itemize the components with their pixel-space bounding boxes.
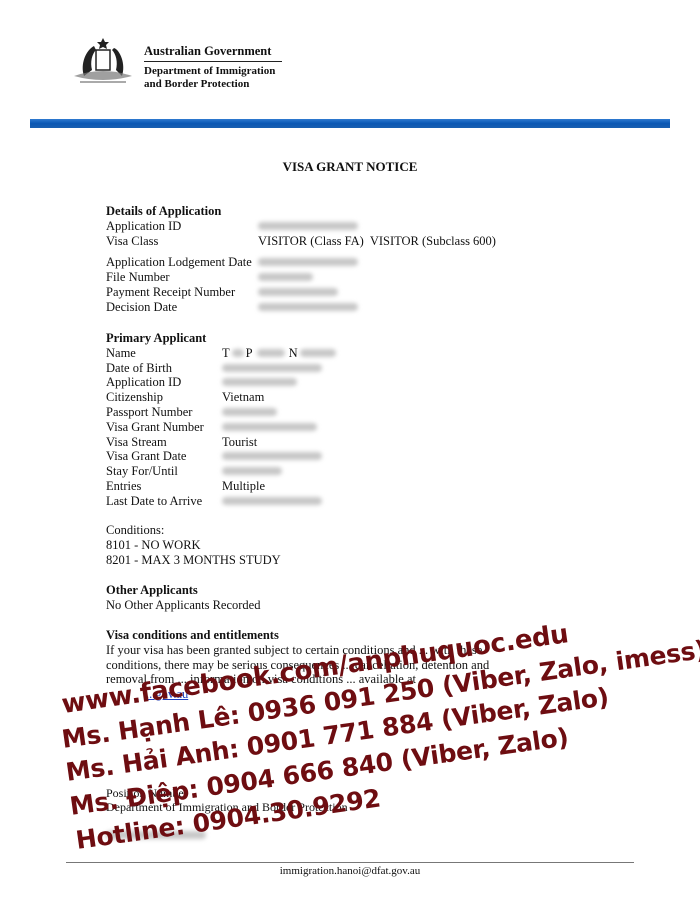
field-label: Visa Stream: [106, 435, 222, 450]
detail-row: Visa Grant Date: [106, 449, 336, 464]
field-label: Application Lodgement Date: [106, 255, 258, 270]
signature-department: Department of Immigration and Border Pro…: [106, 800, 348, 814]
visa-class-value: VISITOR (Class FA) VISITOR (Subclass 600…: [258, 234, 496, 249]
coat-of-arms-icon: [70, 36, 136, 86]
redacted-value: [258, 273, 313, 281]
field-label: Stay For/Until: [106, 464, 222, 479]
redacted-value: [222, 364, 322, 372]
watermark-overlay: www.facebook.com/anphuquoc.edu Ms. Hạnh …: [0, 0, 700, 906]
citizenship-value: Vietnam: [222, 390, 264, 405]
field-label: Application ID: [106, 219, 258, 234]
conditions-heading: Conditions:: [106, 523, 281, 538]
field-label: Name: [106, 346, 222, 361]
detail-row: Date of Birth: [106, 361, 336, 376]
detail-row: Passport Number: [106, 405, 336, 420]
letterhead: Australian Government Department of Immi…: [70, 36, 282, 91]
entries-value: Multiple: [222, 479, 265, 494]
conditions-link[interactable]: ...gov.au: [146, 687, 188, 701]
name-value: TPN: [222, 346, 336, 361]
field-label: Entries: [106, 479, 222, 494]
redacted-value: [222, 497, 322, 505]
redacted-value: [258, 258, 358, 266]
redacted-value: [258, 222, 358, 230]
department-line-1: Department of Immigration: [144, 65, 282, 78]
detail-row: Name TPN: [106, 346, 336, 361]
redacted-value: [222, 452, 322, 460]
other-applicants-text: No Other Applicants Recorded: [106, 598, 260, 613]
field-label: Visa Grant Number: [106, 420, 222, 435]
footer-email: immigration.hanoi@dfat.gov.au: [0, 865, 700, 877]
field-label: Passport Number: [106, 405, 222, 420]
visa-stream-value: Tourist: [222, 435, 257, 450]
paragraph-line: If your visa has been granted subject to…: [106, 643, 596, 658]
visa-conditions-section: Visa conditions and entitlements If your…: [106, 628, 596, 702]
section-heading: Primary Applicant: [106, 331, 336, 346]
redacted-value: [222, 423, 317, 431]
detail-row: Stay For/Until: [106, 464, 336, 479]
position-number-label: Position Number: [106, 786, 348, 800]
section-heading: Other Applicants: [106, 583, 260, 598]
detail-row: Visa Stream Tourist: [106, 435, 336, 450]
header-divider-bar: [30, 119, 670, 128]
redacted-value: [222, 378, 297, 386]
gov-name: Australian Government: [144, 44, 282, 62]
detail-row: Application Lodgement Date: [106, 255, 496, 270]
details-of-application: Details of Application Application ID Vi…: [106, 204, 496, 315]
section-heading: Visa conditions and entitlements: [106, 628, 596, 643]
conditions: Conditions: 8101 - NO WORK 8201 - MAX 3 …: [106, 523, 281, 567]
detail-row: Entries Multiple: [106, 479, 336, 494]
field-label: Date of Birth: [106, 361, 222, 376]
detail-row: Citizenship Vietnam: [106, 390, 336, 405]
condition-item: 8201 - MAX 3 MONTHS STUDY: [106, 553, 281, 568]
field-label: Decision Date: [106, 300, 258, 315]
field-label: Visa Grant Date: [106, 449, 222, 464]
field-label: Payment Receipt Number: [106, 285, 258, 300]
redacted-value: [258, 288, 338, 296]
detail-row: Decision Date: [106, 300, 496, 315]
redacted-value: [222, 467, 282, 475]
detail-row: Visa Class VISITOR (Class FA) VISITOR (S…: [106, 234, 496, 249]
detail-row: Last Date to Arrive: [106, 494, 336, 509]
redacted-value: [258, 303, 358, 311]
detail-row: Payment Receipt Number: [106, 285, 496, 300]
paragraph-line: conditions, there may be serious consequ…: [106, 658, 596, 673]
signature-block: Position Number Department of Immigratio…: [106, 786, 348, 842]
detail-row: Application ID: [106, 375, 336, 390]
department-line-2: and Border Protection: [144, 78, 282, 91]
other-applicants: Other Applicants No Other Applicants Rec…: [106, 583, 260, 613]
document-title: VISA GRANT NOTICE: [0, 159, 700, 175]
primary-applicant: Primary Applicant Name TPN Date of Birth…: [106, 331, 336, 509]
redacted-value: [222, 408, 277, 416]
section-heading: Details of Application: [106, 204, 496, 219]
paragraph-line: removal from ... information on visa con…: [106, 672, 596, 687]
condition-item: 8101 - NO WORK: [106, 538, 281, 553]
field-label: Citizenship: [106, 390, 222, 405]
field-label: Visa Class: [106, 234, 258, 249]
field-label: Application ID: [106, 375, 222, 390]
signature-date-redacted: [106, 831, 206, 839]
footer-divider: [66, 862, 634, 863]
field-label: Last Date to Arrive: [106, 494, 222, 509]
field-label: File Number: [106, 270, 258, 285]
detail-row: Visa Grant Number: [106, 420, 336, 435]
detail-row: Application ID: [106, 219, 496, 234]
detail-row: File Number: [106, 270, 496, 285]
